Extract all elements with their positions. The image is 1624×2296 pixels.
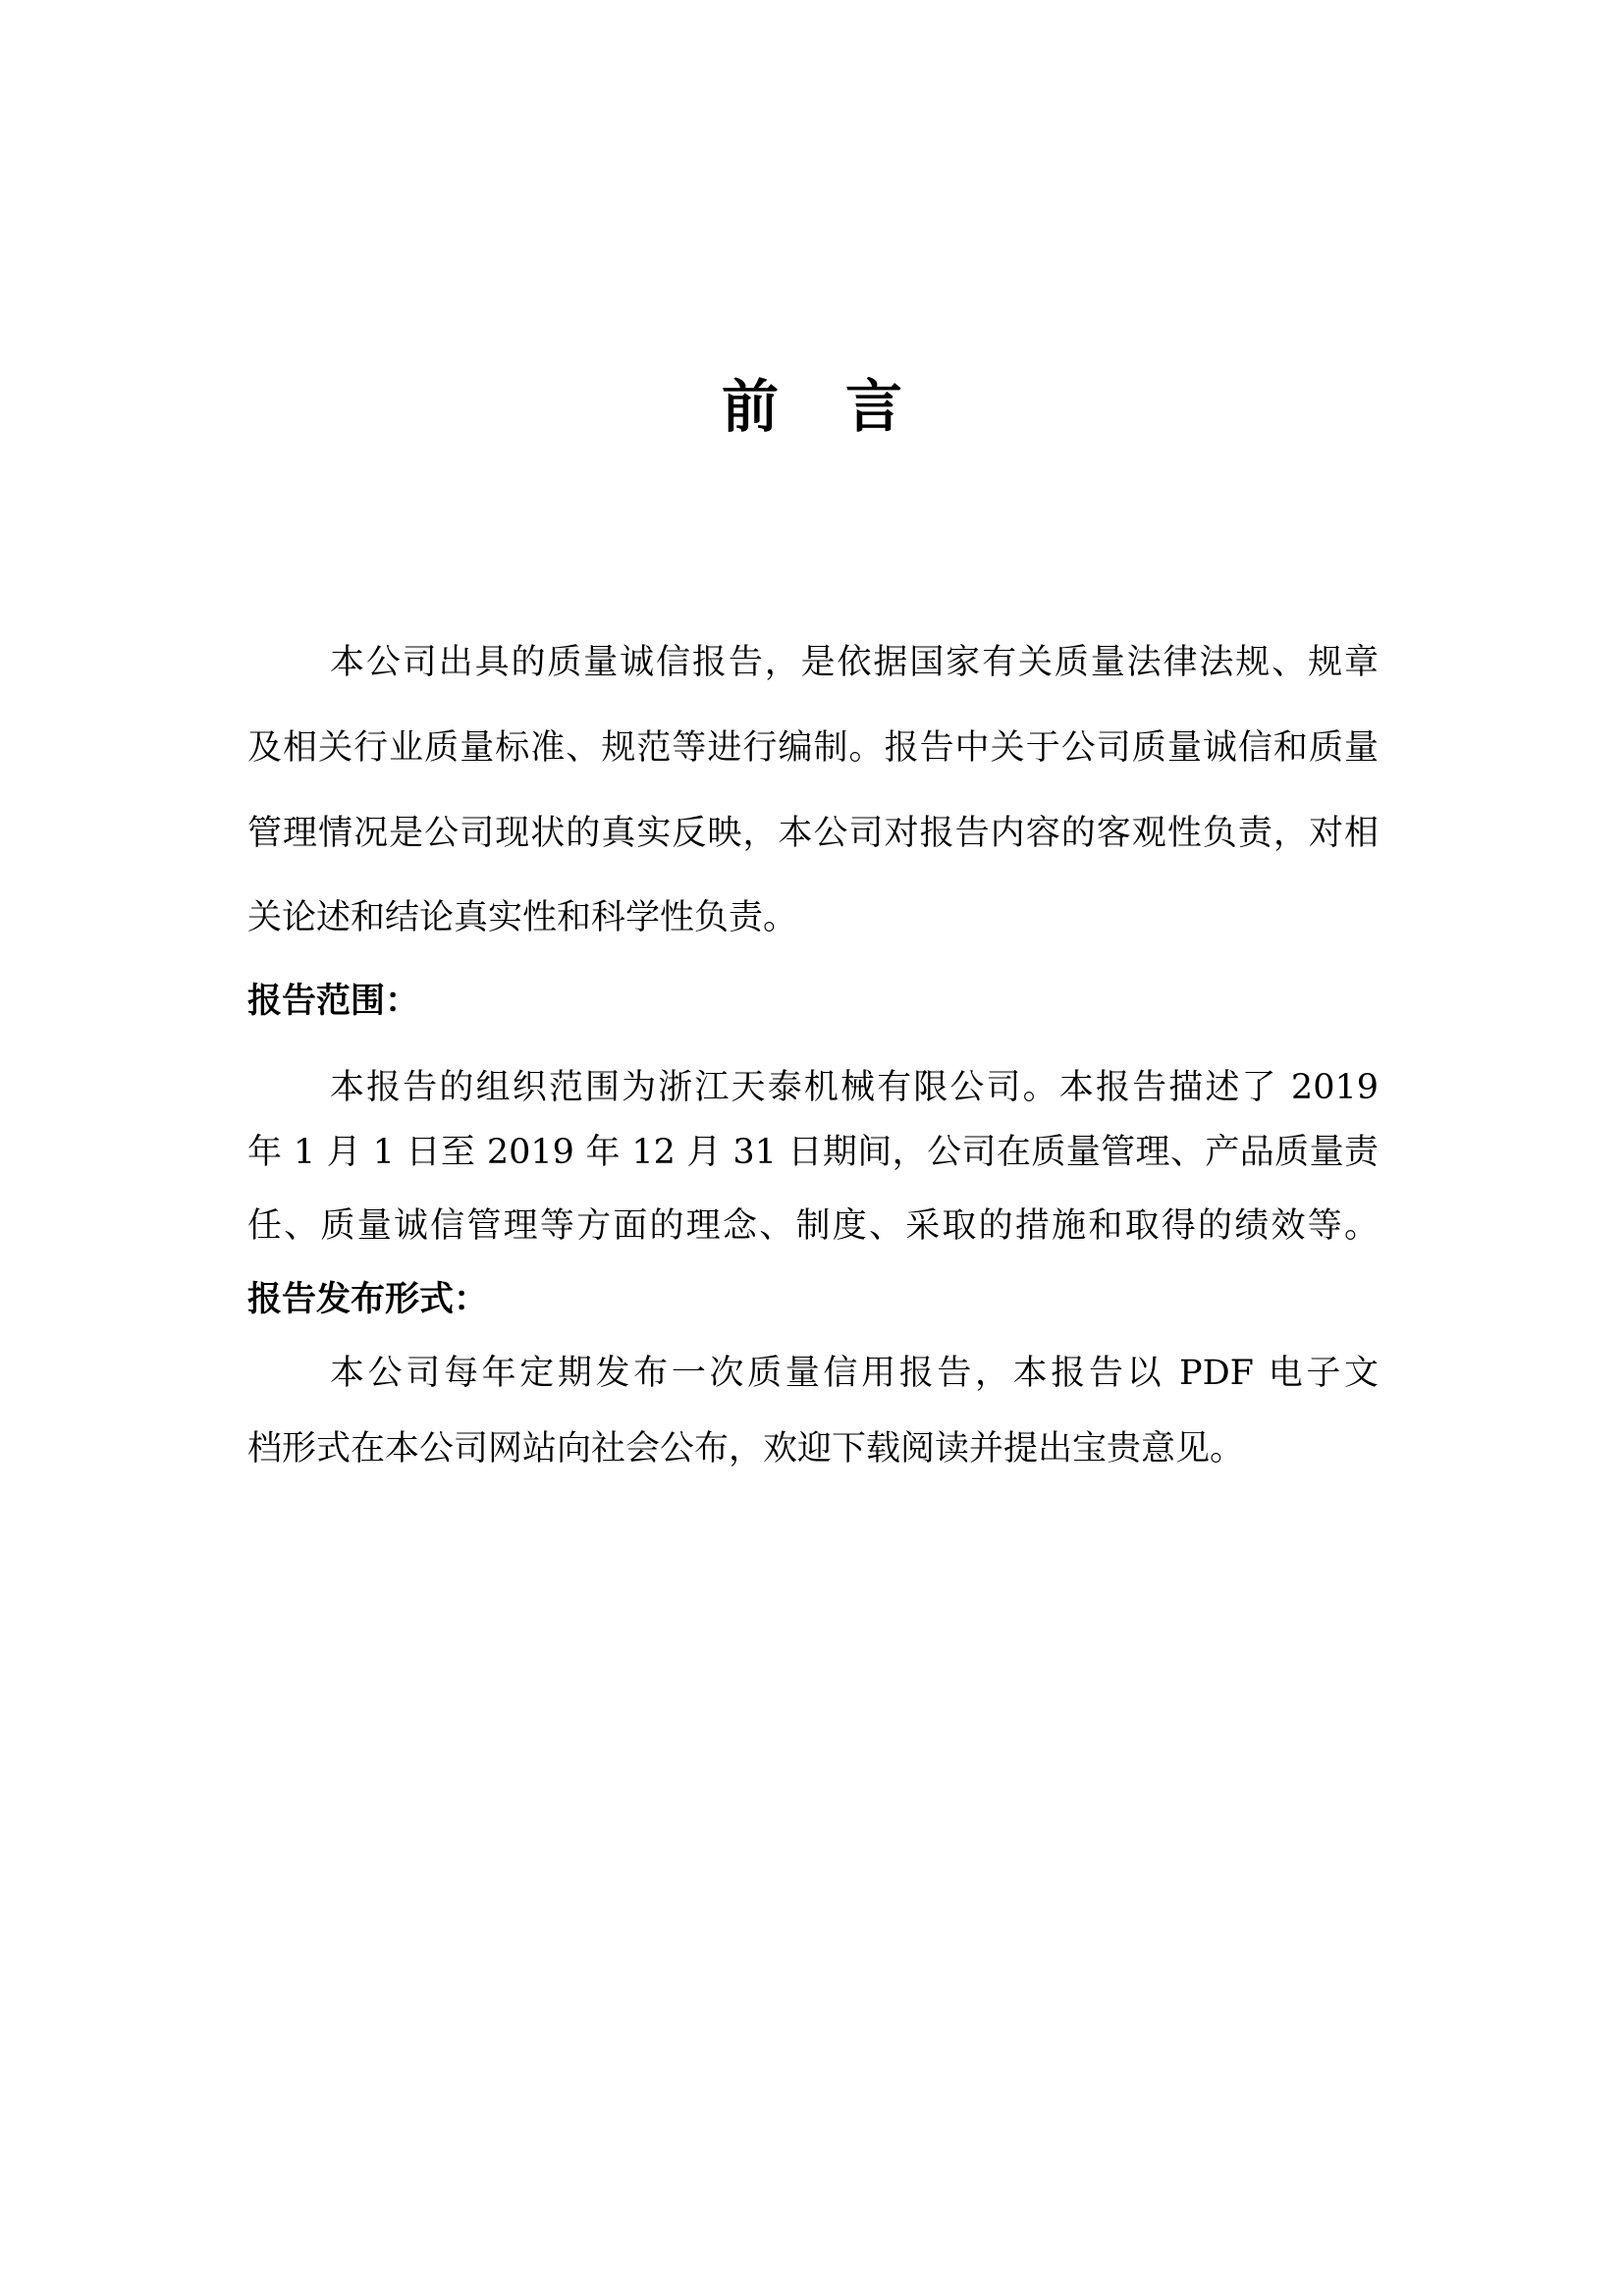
title-char-2: 言	[845, 371, 902, 442]
section-heading-publication: 报告发布形式：	[247, 1276, 488, 1323]
scope-line-2: 年 1 月 1 日至 2019 年 12 月 31 日期间，公司在质量管理、产品…	[247, 1129, 1379, 1176]
intro-line-4: 关论述和结论真实性和科学性负责。	[247, 894, 1379, 941]
scope-line-1: 本报告的组织范围为浙江天泰机械有限公司。本报告描述了 2019	[330, 1064, 1379, 1111]
publication-line-2: 档形式在本公司网站向社会公布，欢迎下载阅读并提出宝贵意见。	[247, 1425, 1379, 1472]
page-title: 前言	[0, 371, 1624, 442]
intro-line-1: 本公司出具的质量诚信报告，是依据国家有关质量法律法规、规章	[330, 639, 1379, 686]
document-page: 前言 本公司出具的质量诚信报告，是依据国家有关质量法律法规、规章 及相关行业质量…	[0, 0, 1624, 2296]
section-heading-scope: 报告范围：	[247, 978, 419, 1025]
title-char-1: 前	[722, 371, 779, 442]
intro-line-2: 及相关行业质量标准、规范等进行编制。报告中关于公司质量诚信和质量	[247, 724, 1379, 772]
publication-line-1: 本公司每年定期发布一次质量信用报告，本报告以 PDF 电子文	[330, 1350, 1379, 1397]
intro-line-3: 管理情况是公司现状的真实反映，本公司对报告内容的客观性负责，对相	[247, 810, 1379, 857]
scope-line-3: 任、质量诚信管理等方面的理念、制度、采取的措施和取得的绩效等。	[247, 1202, 1379, 1250]
